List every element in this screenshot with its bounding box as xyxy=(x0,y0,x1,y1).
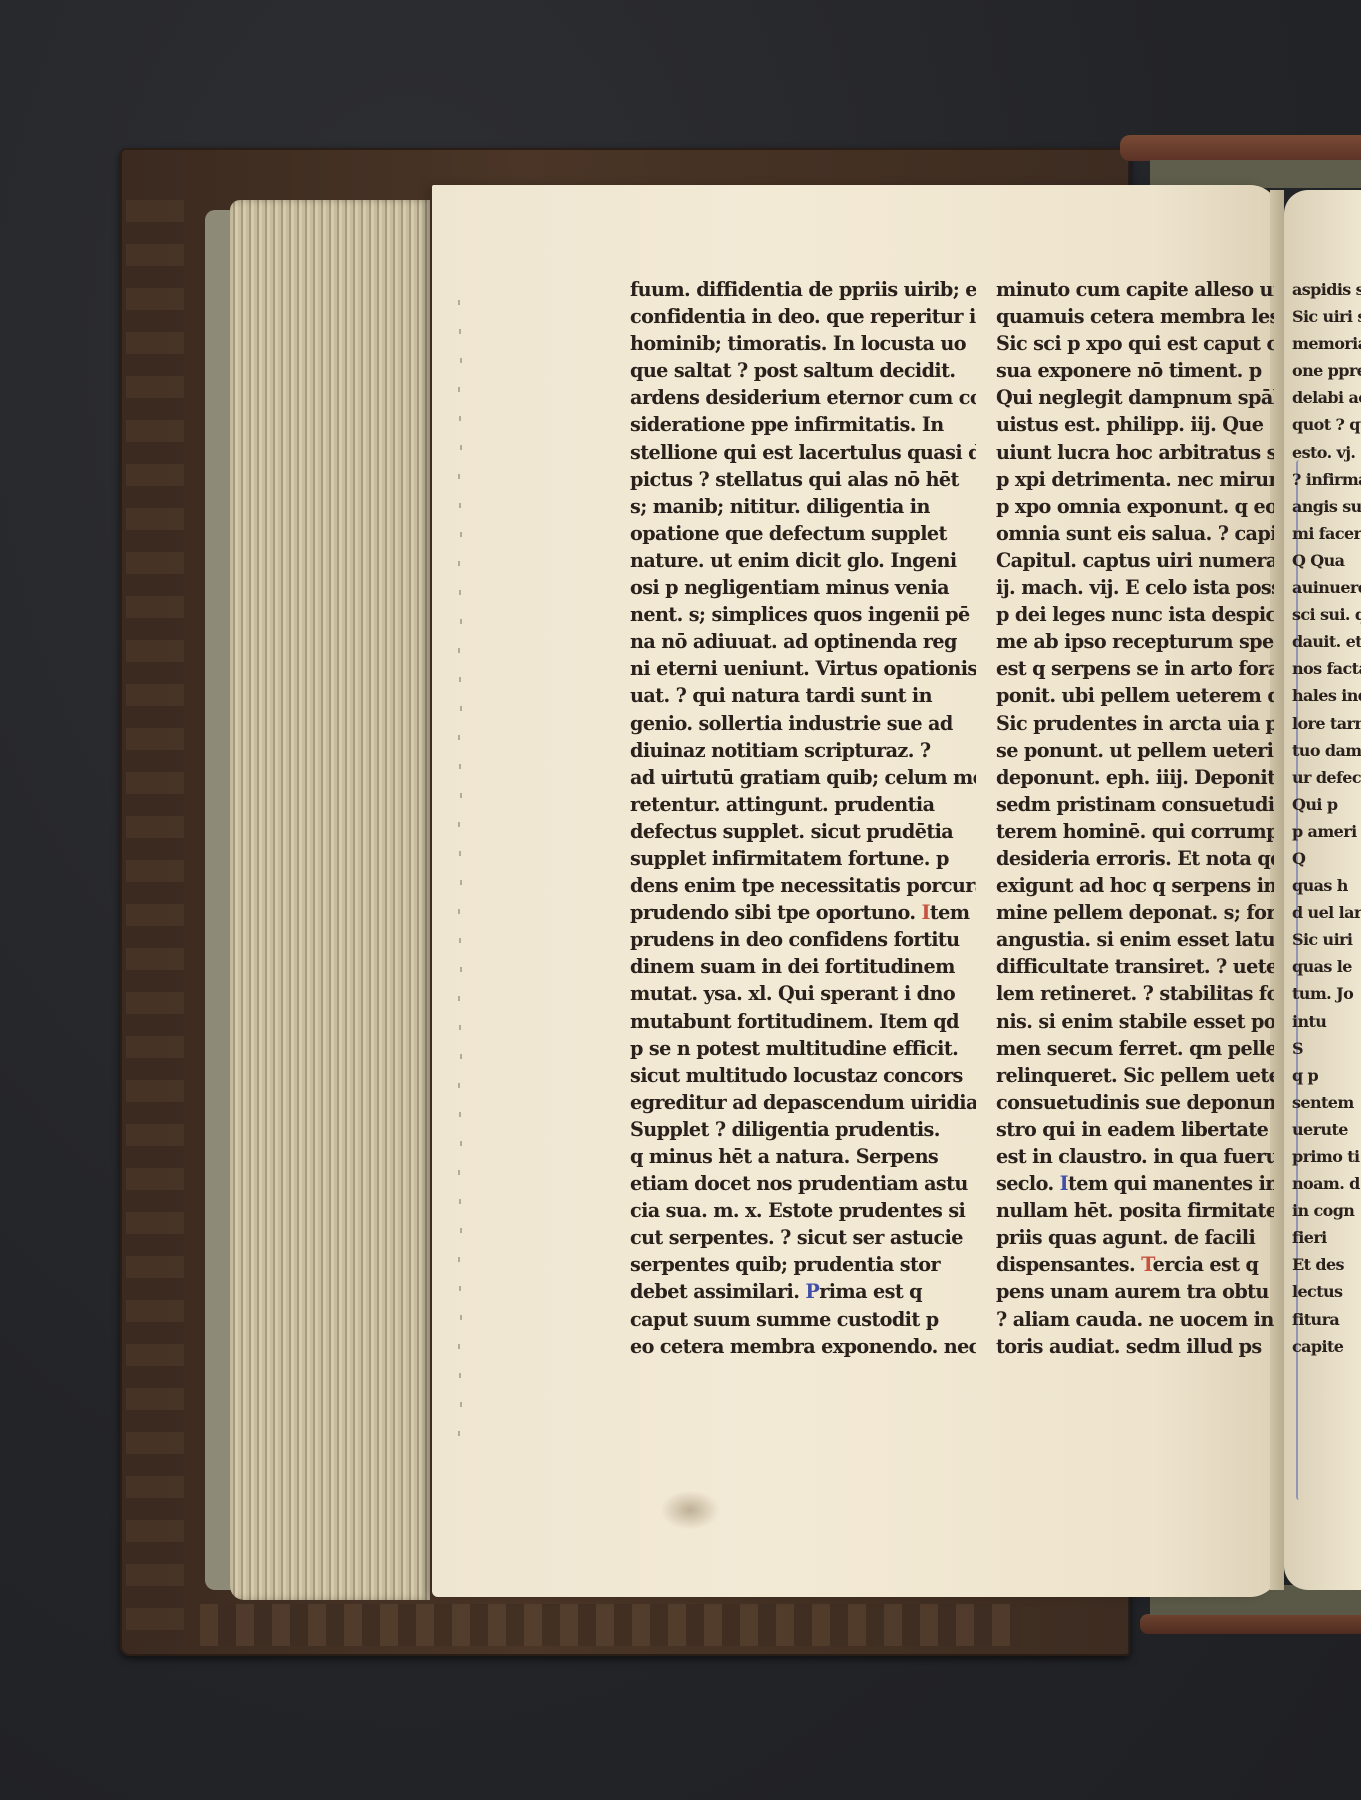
manuscript-line: uistus est. philipp. iij. Que xyxy=(996,411,1274,438)
manuscript-line: sentem xyxy=(1292,1089,1361,1116)
pricking-mark xyxy=(459,1286,461,1291)
manuscript-line: Q Qua xyxy=(1292,547,1361,574)
manuscript-line: mi facere xyxy=(1292,520,1361,547)
manuscript-line: p xpi detrimenta. nec mirum xyxy=(996,466,1274,493)
pricking-mark xyxy=(459,1199,461,1204)
manuscript-line: prudens in deo confidens fortitu xyxy=(630,926,976,953)
manuscript-line: ? infirma xyxy=(1292,466,1361,493)
manuscript-line: seclo. Item qui manentes in xyxy=(996,1170,1274,1197)
manuscript-line: q minus hēt a natura. Serpens xyxy=(630,1143,976,1170)
manuscript-line: uerute xyxy=(1292,1116,1361,1143)
pricking-mark xyxy=(458,1170,460,1175)
manuscript-line: men secum ferret. qm pellem xyxy=(996,1035,1274,1062)
pricking-mark xyxy=(460,706,462,711)
pricking-mark xyxy=(459,677,461,682)
rubricated-initial: I xyxy=(1060,1172,1068,1195)
manuscript-line: p dei leges nunc ista despicio. q xyxy=(996,601,1274,628)
manuscript-line: tum. Jo xyxy=(1292,980,1361,1007)
text-column-right: minuto cum capite alleso uiuat.quamuis c… xyxy=(996,276,1274,1360)
manuscript-line: quamuis cetera membra lesa sint xyxy=(996,303,1274,330)
manuscript-line: ij. mach. vij. E celo ista possideo. xyxy=(996,574,1274,601)
manuscript-line: p ameri xyxy=(1292,818,1361,845)
manuscript-line: esto. vj. Et xyxy=(1292,439,1361,466)
manuscript-line: difficultate transiret. ? ueterem xyxy=(996,953,1274,980)
manuscript-line: S xyxy=(1292,1035,1361,1062)
manuscript-line: retentur. attingunt. prudentia xyxy=(630,791,976,818)
manuscript-line: in cogn xyxy=(1292,1197,1361,1224)
manuscript-line: caput suum summe custodit p xyxy=(630,1306,976,1333)
manuscript-line: confidentia in deo. que reperitur in xyxy=(630,303,976,330)
manuscript-line: eo cetera membra exponendo. nec xyxy=(630,1333,976,1360)
pricking-mark xyxy=(458,1431,460,1436)
manuscript-line: dauit. et eo xyxy=(1292,628,1361,655)
manuscript-line: Capitul. captus uiri numerant xyxy=(996,547,1274,574)
pricking-mark xyxy=(458,996,460,1001)
manuscript-line: cia sua. m. x. Estote prudentes si xyxy=(630,1197,976,1224)
manuscript-line: d uel lar xyxy=(1292,899,1361,926)
pricking-mark xyxy=(458,387,460,392)
pricking-mark xyxy=(458,300,460,305)
manuscript-line: angustia. si enim esset latum fo xyxy=(996,926,1274,953)
cover-tooling-bottom xyxy=(200,1604,1020,1646)
manuscript-line: stro qui in eadem libertate ui xyxy=(996,1116,1274,1143)
pricking-mark xyxy=(458,735,460,740)
manuscript-line: prudendo sibi tpe oportuno. Item xyxy=(630,899,976,926)
manuscript-line: defectus supplet. sicut prudētia xyxy=(630,818,976,845)
manuscript-line: exigunt ad hoc q serpens in fo xyxy=(996,872,1274,899)
manuscript-line: diuinaz notitiam scripturaz. ? xyxy=(630,737,976,764)
manuscript-line: deponunt. eph. iiij. Deponite xyxy=(996,764,1274,791)
manuscript-line: Q xyxy=(1292,845,1361,872)
manuscript-line: genio. sollertia industrie sue ad xyxy=(630,710,976,737)
pricking-mark xyxy=(460,619,462,624)
manuscript-line: uat. ? qui natura tardi sunt in xyxy=(630,682,976,709)
headband-top xyxy=(1150,160,1361,188)
manuscript-line: egreditur ad depascendum uiridia. xyxy=(630,1089,976,1116)
manuscript-line: p xpo omnia exponunt. q eo saluo xyxy=(996,493,1274,520)
manuscript-line: opatione que defectum supplet xyxy=(630,520,976,547)
pricking-mark xyxy=(458,909,460,914)
parchment-stain xyxy=(660,1490,720,1530)
manuscript-line: sicut multitudo locustaz concors xyxy=(630,1062,976,1089)
manuscript-line: quas le xyxy=(1292,953,1361,980)
manuscript-line: fitura xyxy=(1292,1306,1361,1333)
manuscript-line: que saltat ? post saltum decidit. xyxy=(630,357,976,384)
manuscript-line: osi p negligentiam minus venia xyxy=(630,574,976,601)
pricking-mark xyxy=(459,938,461,943)
manuscript-line: ur defecto xyxy=(1292,764,1361,791)
manuscript-line: lem retineret. ? stabilitas fora xyxy=(996,980,1274,1007)
manuscript-line: uiunt lucra hoc arbitratus sū xyxy=(996,439,1274,466)
pricking-mark xyxy=(459,764,461,769)
manuscript-line: pictus ? stellatus qui alas nō hēt xyxy=(630,466,976,493)
manuscript-line: debet assimilari. Prima est q xyxy=(630,1278,976,1305)
pricking-mark xyxy=(459,503,461,508)
manuscript-line: dinem suam in dei fortitudinem xyxy=(630,953,976,980)
manuscript-line: memoria ui xyxy=(1292,330,1361,357)
cover-tooling-left xyxy=(126,200,184,1640)
manuscript-line: angis sui le xyxy=(1292,493,1361,520)
manuscript-line: stellione qui est lacertulus quasi de xyxy=(630,439,976,466)
manuscript-line: mutat. ysa. xl. Qui sperant i dno xyxy=(630,980,976,1007)
manuscript-line: dens enim tpe necessitatis porcurat. xyxy=(630,872,976,899)
manuscript-line: Qui neglegit dampnum spāl xyxy=(996,384,1274,411)
manuscript-line: toris audiat. sedm illud ps xyxy=(996,1333,1274,1360)
pricking-mark xyxy=(459,851,461,856)
pricking-mark xyxy=(458,1257,460,1262)
rubricated-initial: I xyxy=(922,901,930,924)
manuscript-line: lectus xyxy=(1292,1278,1361,1305)
manuscript-line: ni eterni ueniunt. Virtus opationis le xyxy=(630,655,976,682)
manuscript-line: Supplet ? diligentia prudentis. xyxy=(630,1116,976,1143)
manuscript-line: terem hominē. qui corrumpit xyxy=(996,818,1274,845)
clasp-strap-top xyxy=(1120,135,1361,161)
manuscript-line: fieri xyxy=(1292,1224,1361,1251)
manuscript-line: Et des xyxy=(1292,1251,1361,1278)
pricking-mark xyxy=(460,793,462,798)
manuscript-line: Qui p xyxy=(1292,791,1361,818)
pricking-mark xyxy=(458,822,460,827)
manuscript-line: me ab ipso recepturum spero. Se xyxy=(996,628,1274,655)
manuscript-line: nent. s; simplices quos ingenii pē xyxy=(630,601,976,628)
manuscript-line: ? aliam cauda. ne uocem in xyxy=(996,1306,1274,1333)
manuscript-line: sedm pristinam consuetudinem xyxy=(996,791,1274,818)
pricking-mark xyxy=(458,1083,460,1088)
manuscript-line: p se n potest multitudine efficit. xyxy=(630,1035,976,1062)
pricking-mark xyxy=(460,967,462,972)
manuscript-line: est q serpens se in arto forami xyxy=(996,655,1274,682)
stacked-page-edges xyxy=(230,200,430,1600)
manuscript-line: one ppre fu xyxy=(1292,357,1361,384)
manuscript-line: cut serpentes. ? sicut ser astucie xyxy=(630,1224,976,1251)
manuscript-line: lore tarn xyxy=(1292,710,1361,737)
pricking-mark xyxy=(459,590,461,595)
pricking-mark xyxy=(460,1228,462,1233)
pricking-mark xyxy=(460,532,462,537)
pricking-mark xyxy=(459,416,461,421)
manuscript-line: dispensantes. Tercia est q xyxy=(996,1251,1274,1278)
pricking-mark xyxy=(458,1344,460,1349)
manuscript-line: omnia sunt eis salua. ? capitulo xyxy=(996,520,1274,547)
pricking-mark xyxy=(458,648,460,653)
manuscript-line: nis. si enim stabile esset potius fo xyxy=(996,1008,1274,1035)
pricking-mark xyxy=(459,1373,461,1378)
manuscript-line: mutabunt fortitudinem. Item qd xyxy=(630,1008,976,1035)
manuscript-line: supplet infirmitatem fortune. p xyxy=(630,845,976,872)
manuscript-line: Sic uiri sci xyxy=(1292,303,1361,330)
manuscript-line: ad uirtutū gratiam quib; celum me xyxy=(630,764,976,791)
manuscript-line: serpentes quib; prudentia stor xyxy=(630,1251,976,1278)
manuscript-line: aspidis surd xyxy=(1292,276,1361,303)
pricking-mark xyxy=(460,358,462,363)
pricking-mark xyxy=(458,561,460,566)
pricking-mark xyxy=(460,1054,462,1059)
manuscript-line: s; manib; nititur. diligentia in xyxy=(630,493,976,520)
manuscript-line: sci sui. qui xyxy=(1292,601,1361,628)
manuscript-line: priis quas agunt. de facili xyxy=(996,1224,1274,1251)
manuscript-line: minuto cum capite alleso uiuat. xyxy=(996,276,1274,303)
text-column-left: fuum. diffidentia de ppriis uirib; etcon… xyxy=(630,276,976,1360)
manuscript-line: capite xyxy=(1292,1333,1361,1360)
pricking-mark xyxy=(459,1025,461,1030)
manuscript-line: nos facta xyxy=(1292,655,1361,682)
pricking-mark xyxy=(459,1112,461,1117)
manuscript-line: relinqueret. Sic pellem uete xyxy=(996,1062,1274,1089)
manuscript-line: se ponunt. ut pellem ueteris h xyxy=(996,737,1274,764)
pricking-mark xyxy=(460,1315,462,1320)
manuscript-line: quot ? qua xyxy=(1292,411,1361,438)
pricking-mark xyxy=(460,1141,462,1146)
manuscript-line: mine pellem deponat. s; foramen xyxy=(996,899,1274,926)
manuscript-line: consuetudinis sue deponunt xyxy=(996,1089,1274,1116)
clasp-strap-bottom xyxy=(1140,1614,1361,1634)
manuscript-line: Sic uiri xyxy=(1292,926,1361,953)
manuscript-line: noam. d xyxy=(1292,1170,1361,1197)
pricking-mark xyxy=(458,474,460,479)
manuscript-line: sideratione ppe infirmitatis. In xyxy=(630,411,976,438)
manuscript-line: fuum. diffidentia de ppriis uirib; et xyxy=(630,276,976,303)
manuscript-line: auinuere xyxy=(1292,574,1361,601)
pricking-mark xyxy=(460,1402,462,1407)
pricking-mark xyxy=(459,329,461,334)
manuscript-line: Sic prudentes in arcta uia po xyxy=(996,710,1274,737)
manuscript-line: q p xyxy=(1292,1062,1361,1089)
manuscript-line: est in claustro. in qua fuerunt xyxy=(996,1143,1274,1170)
manuscript-line: primo ti xyxy=(1292,1143,1361,1170)
manuscript-line: pens unam aurem tra obtu xyxy=(996,1278,1274,1305)
text-column-facing: aspidis surdSic uiri scimemoria uione pp… xyxy=(1292,276,1361,1360)
manuscript-line: hales ind xyxy=(1292,682,1361,709)
manuscript-line: delabi acqu xyxy=(1292,384,1361,411)
manuscript-line: na nō adiuuat. ad optinenda reg xyxy=(630,628,976,655)
pricking-mark xyxy=(460,445,462,450)
pricking-mark xyxy=(460,880,462,885)
rubricated-initial: P xyxy=(805,1280,819,1303)
manuscript-line: Sic sci p xpo qui est caput corp xyxy=(996,330,1274,357)
manuscript-line: etiam docet nos prudentiam astu xyxy=(630,1170,976,1197)
manuscript-line: hominib; timoratis. In locusta uo xyxy=(630,330,976,357)
manuscript-line: desideria erroris. Et nota qd xyxy=(996,845,1274,872)
manuscript-line: ponit. ubi pellem ueterem depo xyxy=(996,682,1274,709)
rubricated-initial: T xyxy=(1141,1253,1152,1276)
manuscript-line: tuo damp xyxy=(1292,737,1361,764)
manuscript-line: quas h xyxy=(1292,872,1361,899)
manuscript-line: intu xyxy=(1292,1008,1361,1035)
manuscript-line: nature. ut enim dicit glo. Ingeni xyxy=(630,547,976,574)
manuscript-line: ardens desiderium eternor cum co xyxy=(630,384,976,411)
manuscript-line: sua exponere nō timent. p xyxy=(996,357,1274,384)
manuscript-line: nullam hēt. posita firmitate xyxy=(996,1197,1274,1224)
